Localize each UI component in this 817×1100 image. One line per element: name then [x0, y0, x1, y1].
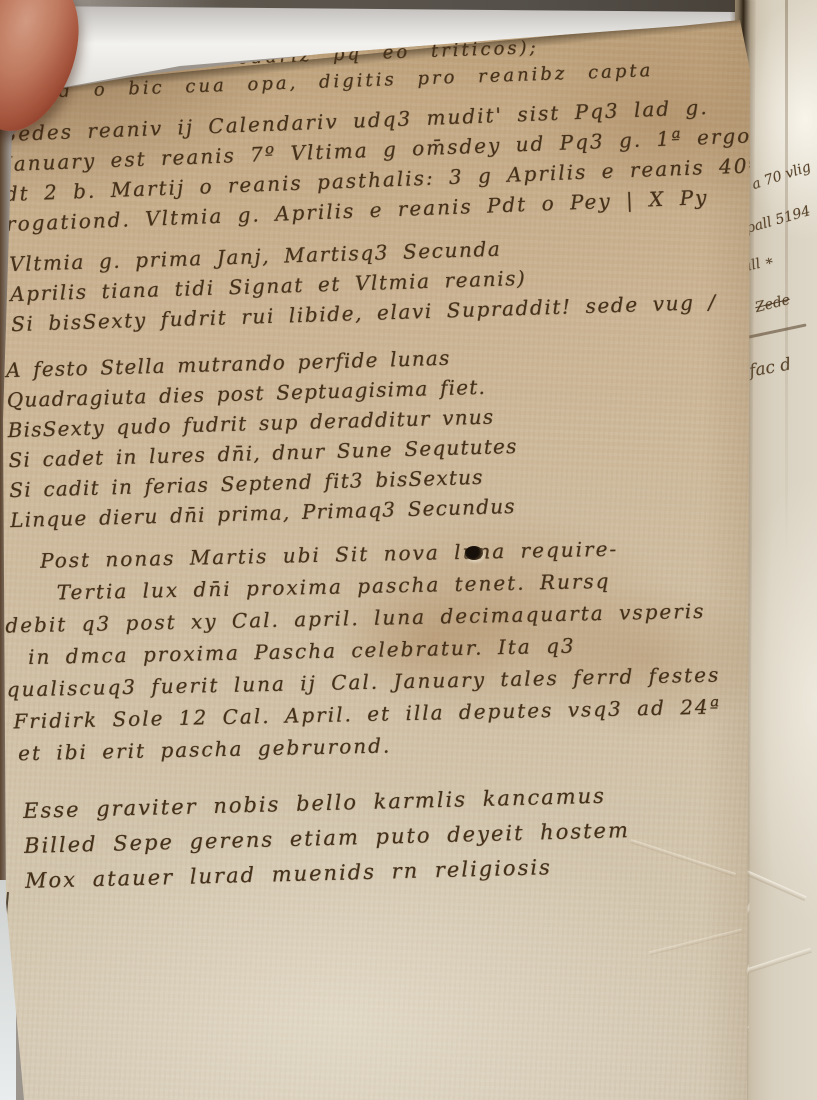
verse-paragraph-2: Sedes reaniv ij Calendariv udq3 mudit' s…: [2, 89, 792, 239]
verse-paragraph-3: Vltmia g. prima Janj, Martisq3 Secunda A…: [9, 227, 717, 339]
verse-paragraph-4: A festo Stella mutrando perfide lunas Qu…: [6, 341, 520, 535]
marginal-fragment: a 70 vlig: [750, 159, 813, 193]
wormhole: [465, 546, 483, 560]
diagonal-crease: [649, 929, 742, 956]
verse-paragraph-6: Esse graviter nobis bello karmlis kancam…: [23, 778, 631, 899]
verse-paragraph-5: Post nonas Martis ubi Sit nova luna requ…: [4, 531, 722, 770]
diagonal-crease: [630, 839, 736, 877]
vertical-crease: [785, 0, 788, 560]
manuscript-page: o mudictda reaq amj Viguit quiq3 kledari…: [0, 0, 817, 1100]
manuscript-photo: a 70 vlig pall 5194 all ∗ Zede fac d o m…: [0, 0, 817, 1100]
